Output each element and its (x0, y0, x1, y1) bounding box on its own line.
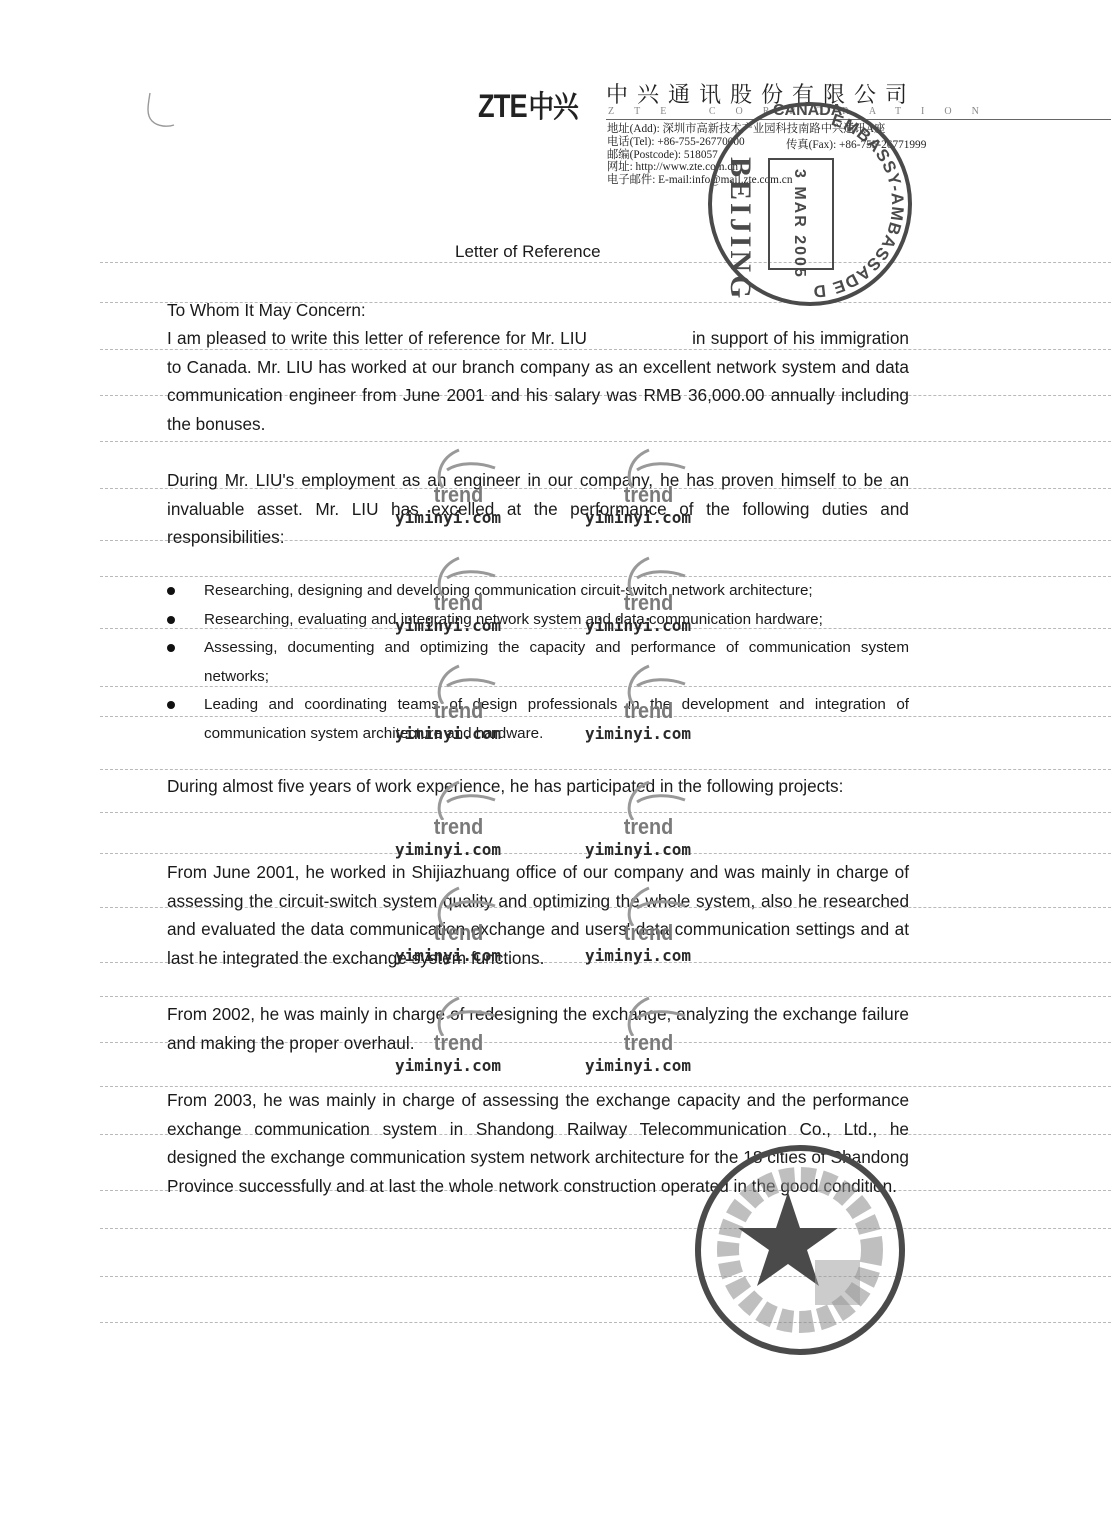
salutation: To Whom It May Concern: (167, 296, 909, 325)
scan-line (100, 1322, 1111, 1323)
bullet-icon (167, 587, 175, 595)
company-seal-stamp (690, 1140, 910, 1360)
list-item: Leading and coordinating teams of design… (167, 691, 909, 748)
watermark-url: yiminyi.com (585, 1056, 691, 1075)
scan-smudge (140, 85, 180, 135)
list-item: Researching, designing and developing co… (167, 577, 909, 606)
stamp-city: BEIJING (724, 157, 757, 301)
bullet-icon (167, 644, 175, 652)
scanned-letter-page: ZTE中兴 中兴通讯股份有限公司 ZTE CORPORATION 地址(Add)… (0, 0, 1111, 1527)
duties-list: Researching, designing and developing co… (167, 577, 909, 748)
duty-text: Researching, designing and developing co… (204, 577, 909, 606)
scan-line (100, 853, 1111, 854)
watermark-brand: trend (434, 814, 484, 840)
logo-latin: ZTE (478, 88, 527, 124)
paragraph-project-2001: From June 2001, he worked in Shijiazhuan… (167, 858, 909, 973)
paragraph-employment: During Mr. LIU's employment as an engine… (167, 466, 909, 552)
list-item: Assessing, documenting and optimizing th… (167, 634, 909, 691)
embassy-stamp: EMBASSY-AMBASSADE DU CANADA CANADA BEIJI… (703, 97, 917, 311)
scan-line (100, 1276, 1111, 1277)
watermark-url: yiminyi.com (395, 1056, 501, 1075)
scan-line (100, 769, 1111, 770)
watermark-url: yiminyi.com (395, 840, 501, 859)
scan-line (100, 1228, 1111, 1229)
scan-line (100, 812, 1111, 813)
list-item: Researching, evaluating and integrating … (167, 606, 909, 635)
company-logo: ZTE中兴 (478, 82, 578, 126)
paragraph-intro: I am pleased to write this letter of ref… (167, 324, 909, 439)
duty-text: Researching, evaluating and integrating … (204, 606, 909, 635)
paragraph-experience: During almost five years of work experie… (167, 772, 909, 801)
scan-line (100, 262, 1111, 263)
bullet-icon (167, 701, 175, 709)
scan-line (100, 996, 1111, 997)
bullet-icon (167, 616, 175, 624)
scan-line (100, 441, 1111, 442)
duty-text: Leading and coordinating teams of design… (204, 691, 909, 748)
letter-title: Letter of Reference (455, 242, 601, 262)
stamp-canada-text: CANADA (773, 102, 843, 119)
watermark-brand: trend (624, 814, 674, 840)
duty-text: Assessing, documenting and optimizing th… (204, 634, 909, 691)
watermark-url: yiminyi.com (585, 840, 691, 859)
paragraph-project-2002: From 2002, he was mainly in charge of re… (167, 1000, 909, 1057)
stamp-date: 3 MAR 2005 (791, 169, 808, 279)
logo-chinese: 中兴 (529, 90, 578, 125)
